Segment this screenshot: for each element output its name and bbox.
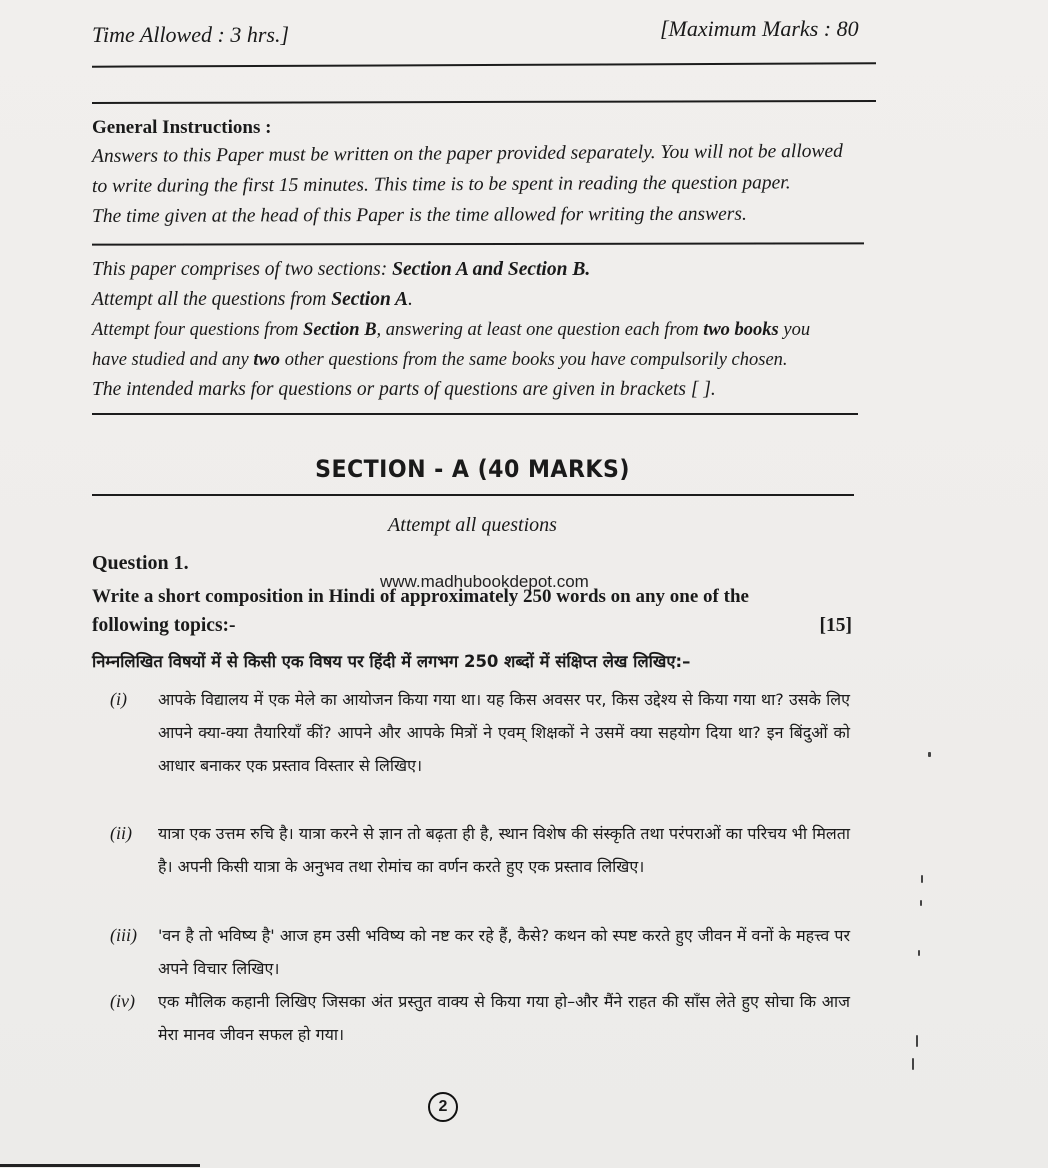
structure-rule [92,413,858,415]
text-bold: two [253,350,280,370]
scan-speck [912,1058,914,1070]
header-rule-2 [92,100,876,104]
question-line: following topics:- [92,615,236,636]
option-number: (iv) [110,985,135,1018]
question-line-2: following topics:- [15] [92,611,852,640]
option-text: यात्रा एक उत्तम रुचि है। यात्रा करने से … [130,817,850,883]
text-bold: Section B [303,320,377,340]
structure-line: This paper comprises of two sections: Se… [92,255,810,285]
option-number: (i) [110,683,127,716]
text: . [408,289,413,310]
instruction-line: to write during the first 15 minutes. Th… [92,168,843,202]
text: have studied and any [92,350,253,370]
scan-speck [928,752,931,757]
paper-structure-text: This paper comprises of two sections: Se… [92,255,810,405]
text: Attempt four questions from [92,320,303,340]
section-title: SECTION - A (40 MARKS) [38,455,907,483]
structure-line: have studied and any two other questions… [92,345,810,375]
text-bold: Section A and Section B. [392,259,590,280]
maximum-marks: [Maximum Marks : 80 [660,16,859,42]
question-line: Write a short composition in Hindi of ap… [92,582,852,611]
section-subtitle: Attempt all questions [0,514,945,537]
scan-speck [921,875,923,883]
text: , answering at least one question each f… [377,320,704,340]
question-marks: [15] [820,611,853,640]
topic-option-4: (iv) एक मौलिक कहानी लिखिए जिसका अंत प्रस… [130,985,850,1051]
option-number: (iii) [110,919,137,952]
topic-option-3: (iii) 'वन है तो भविष्य है' आज हम उसी भवि… [130,919,850,985]
hindi-instruction: निम्नलिखित विषयों में से किसी एक विषय पर… [92,645,690,678]
structure-line: The intended marks for questions or part… [92,375,810,405]
text-bold: two books [703,320,779,340]
question-title: Question 1. [92,552,189,575]
topic-option-2: (ii) यात्रा एक उत्तम रुचि है। यात्रा करन… [130,817,850,883]
topic-option-1: (i) आपके विद्यालय में एक मेले का आयोजन क… [130,683,850,782]
general-instructions-text: Answers to this Paper must be written on… [92,142,843,232]
section-rule [92,494,854,496]
option-text: एक मौलिक कहानी लिखिए जिसका अंत प्रस्तुत … [130,985,850,1051]
exam-page: Time Allowed : 3 hrs.] [Maximum Marks : … [0,0,1048,1168]
structure-line: Attempt all the questions from Section A… [92,285,810,315]
general-instructions-title: General Instructions : [92,117,271,139]
time-allowed: Time Allowed : 3 hrs.] [92,22,289,48]
structure-line: Attempt four questions from Section B, a… [92,315,810,345]
scan-speck [916,1035,918,1047]
text: This paper comprises of two sections: [92,259,392,280]
option-text: आपके विद्यालय में एक मेले का आयोजन किया … [130,683,850,782]
question-text: Write a short composition in Hindi of ap… [92,582,852,640]
text: you [779,320,810,340]
option-text: 'वन है तो भविष्य है' आज हम उसी भविष्य को… [130,919,850,985]
instructions-rule [92,242,864,245]
instruction-line: The time given at the head of this Paper… [92,199,843,232]
instruction-line: Answers to this Paper must be written on… [92,137,843,172]
text-bold: Section A [331,289,408,310]
header-rule-1 [92,62,876,67]
page-number: 2 [428,1092,458,1122]
scan-speck [920,900,922,906]
option-number: (ii) [110,817,132,850]
page-edge-shadow [0,1164,200,1167]
text: other questions from the same books you … [280,350,787,370]
scan-speck [918,950,920,956]
text: Attempt all the questions from [92,289,331,310]
